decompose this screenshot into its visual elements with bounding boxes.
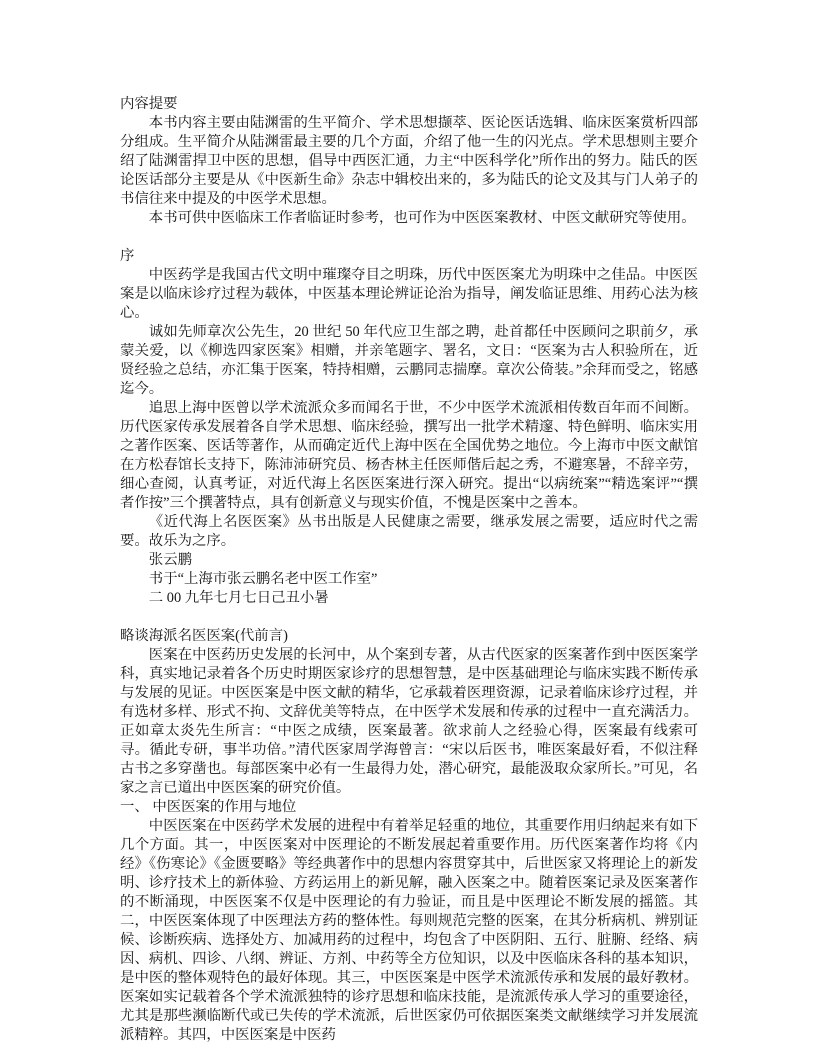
- signature-studio: 书于“上海市张云鹏名老中医工作室”: [120, 570, 698, 589]
- abstract-paragraph: 本书内容主要由陆渊雷的生平简介、学术思想撷萃、医论医话选辑、临床医案赏析四部分组…: [120, 114, 698, 209]
- foreword-paragraph: 中医医案在中医药学术发展的进程中有着举足轻重的地位，其重要作用归纳起来有如下几个…: [120, 817, 698, 1045]
- document-page: 内容提要 本书内容主要由陆渊雷的生平简介、学术思想撷萃、医论医话选辑、临床医案赏…: [0, 0, 816, 1056]
- section-heading-preface: 序: [120, 247, 698, 266]
- abstract-paragraph: 本书可供中医临床工作者临证时参考，也可作为中医医案教材、中医文献研究等使用。: [120, 209, 698, 228]
- preface-signature-block: 张云鹏 书于“上海市张云鹏名老中医工作室” 二 00 九年七月七日己丑小暑: [120, 551, 698, 608]
- preface-paragraph: 追思上海中医曾以学术流派众多而闻名于世，不少中医学术流派相传数百年而不间断。历代…: [120, 399, 698, 513]
- section-heading-abstract: 内容提要: [120, 95, 698, 114]
- section-spacer: [120, 228, 698, 247]
- section-spacer: [120, 608, 698, 627]
- signature-date: 二 00 九年七月七日己丑小暑: [120, 589, 698, 608]
- section-heading-foreword: 略谈海派名医医案(代前言): [120, 627, 698, 646]
- foreword-paragraph: 医案在中医药历史发展的长河中，从个案到专著，从古代医家的医案著作到中医医案学科，…: [120, 646, 698, 798]
- preface-paragraph: 《近代海上名医医案》丛书出版是人民健康之需要，继承发展之需要，适应时代之需要。故…: [120, 513, 698, 551]
- preface-paragraph: 诚如先师章次公先生，20 世纪 50 年代应卫生部之聘，赴首都任中医顾问之职前夕…: [120, 323, 698, 399]
- foreword-subheading-1: 一、 中医医案的作用与地位: [120, 798, 698, 817]
- preface-paragraph: 中医药学是我国古代文明中璀璨夺目之明珠，历代中医医案尤为明珠中之佳品。中医医案是…: [120, 266, 698, 323]
- signature-name: 张云鹏: [120, 551, 698, 570]
